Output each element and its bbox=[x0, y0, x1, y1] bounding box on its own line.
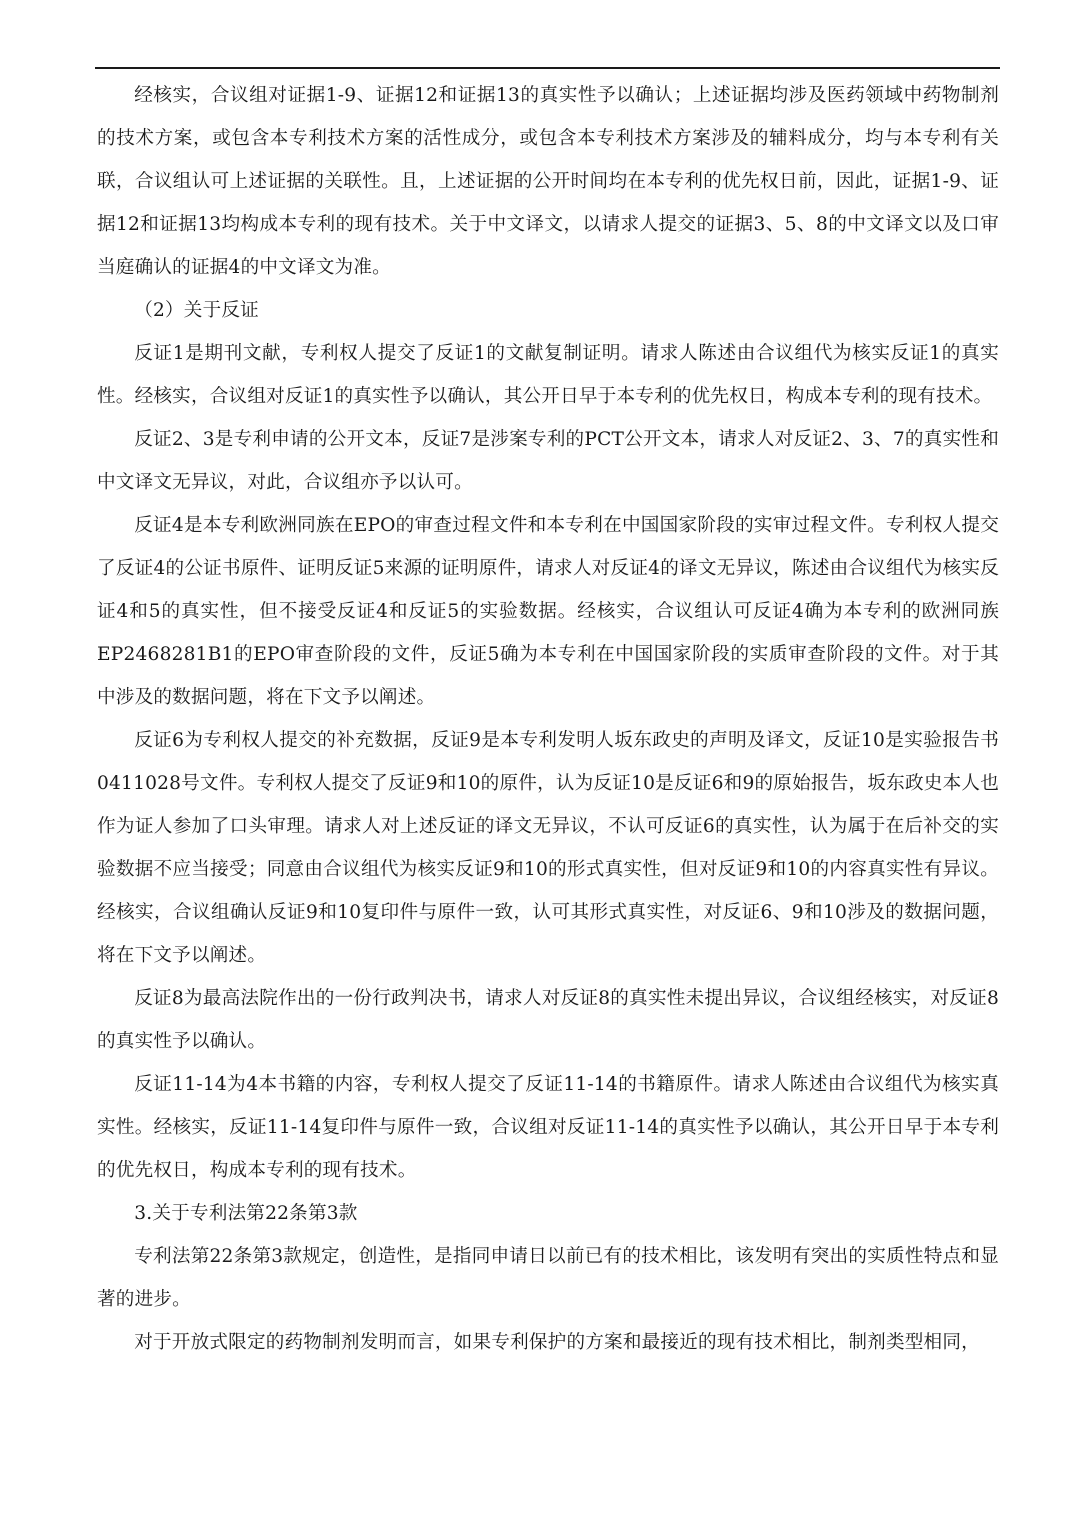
paragraph-counter-evidence-11-14: 反证11-14为4本书籍的内容，专利权人提交了反证11-14的书籍原件。请求人陈… bbox=[97, 1063, 999, 1192]
header-rule-divider bbox=[95, 67, 1000, 69]
section-heading-counter-evidence: （2）关于反证 bbox=[97, 289, 999, 332]
section-heading-patent-law-22-3: 3.关于专利法第22条第3款 bbox=[97, 1192, 999, 1235]
document-body: 经核实，合议组对证据1-9、证据12和证据13的真实性予以确认；上述证据均涉及医… bbox=[97, 74, 999, 1364]
paragraph-inventiveness-definition: 专利法第22条第3款规定，创造性，是指同申请日以前已有的技术相比，该发明有突出的… bbox=[97, 1235, 999, 1321]
document-page: 经核实，合议组对证据1-9、证据12和证据13的真实性予以确认；上述证据均涉及医… bbox=[0, 0, 1080, 1527]
paragraph-counter-evidence-6-9-10: 反证6为专利权人提交的补充数据，反证9是本专利发明人坂东政史的声明及译文，反证1… bbox=[97, 719, 999, 977]
paragraph-evidence-confirmation: 经核实，合议组对证据1-9、证据12和证据13的真实性予以确认；上述证据均涉及医… bbox=[97, 74, 999, 289]
paragraph-counter-evidence-2-3-7: 反证2、3是专利申请的公开文本，反证7是涉案专利的PCT公开文本，请求人对反证2… bbox=[97, 418, 999, 504]
paragraph-counter-evidence-8: 反证8为最高法院作出的一份行政判决书，请求人对反证8的真实性未提出异议，合议组经… bbox=[97, 977, 999, 1063]
paragraph-counter-evidence-4-5: 反证4是本专利欧洲同族在EPO的审查过程文件和本专利在中国国家阶段的实审过程文件… bbox=[97, 504, 999, 719]
paragraph-counter-evidence-1: 反证1是期刊文献，专利权人提交了反证1的文献复制证明。请求人陈述由合议组代为核实… bbox=[97, 332, 999, 418]
paragraph-open-ended-formulation: 对于开放式限定的药物制剂发明而言，如果专利保护的方案和最接近的现有技术相比，制剂… bbox=[97, 1321, 999, 1364]
